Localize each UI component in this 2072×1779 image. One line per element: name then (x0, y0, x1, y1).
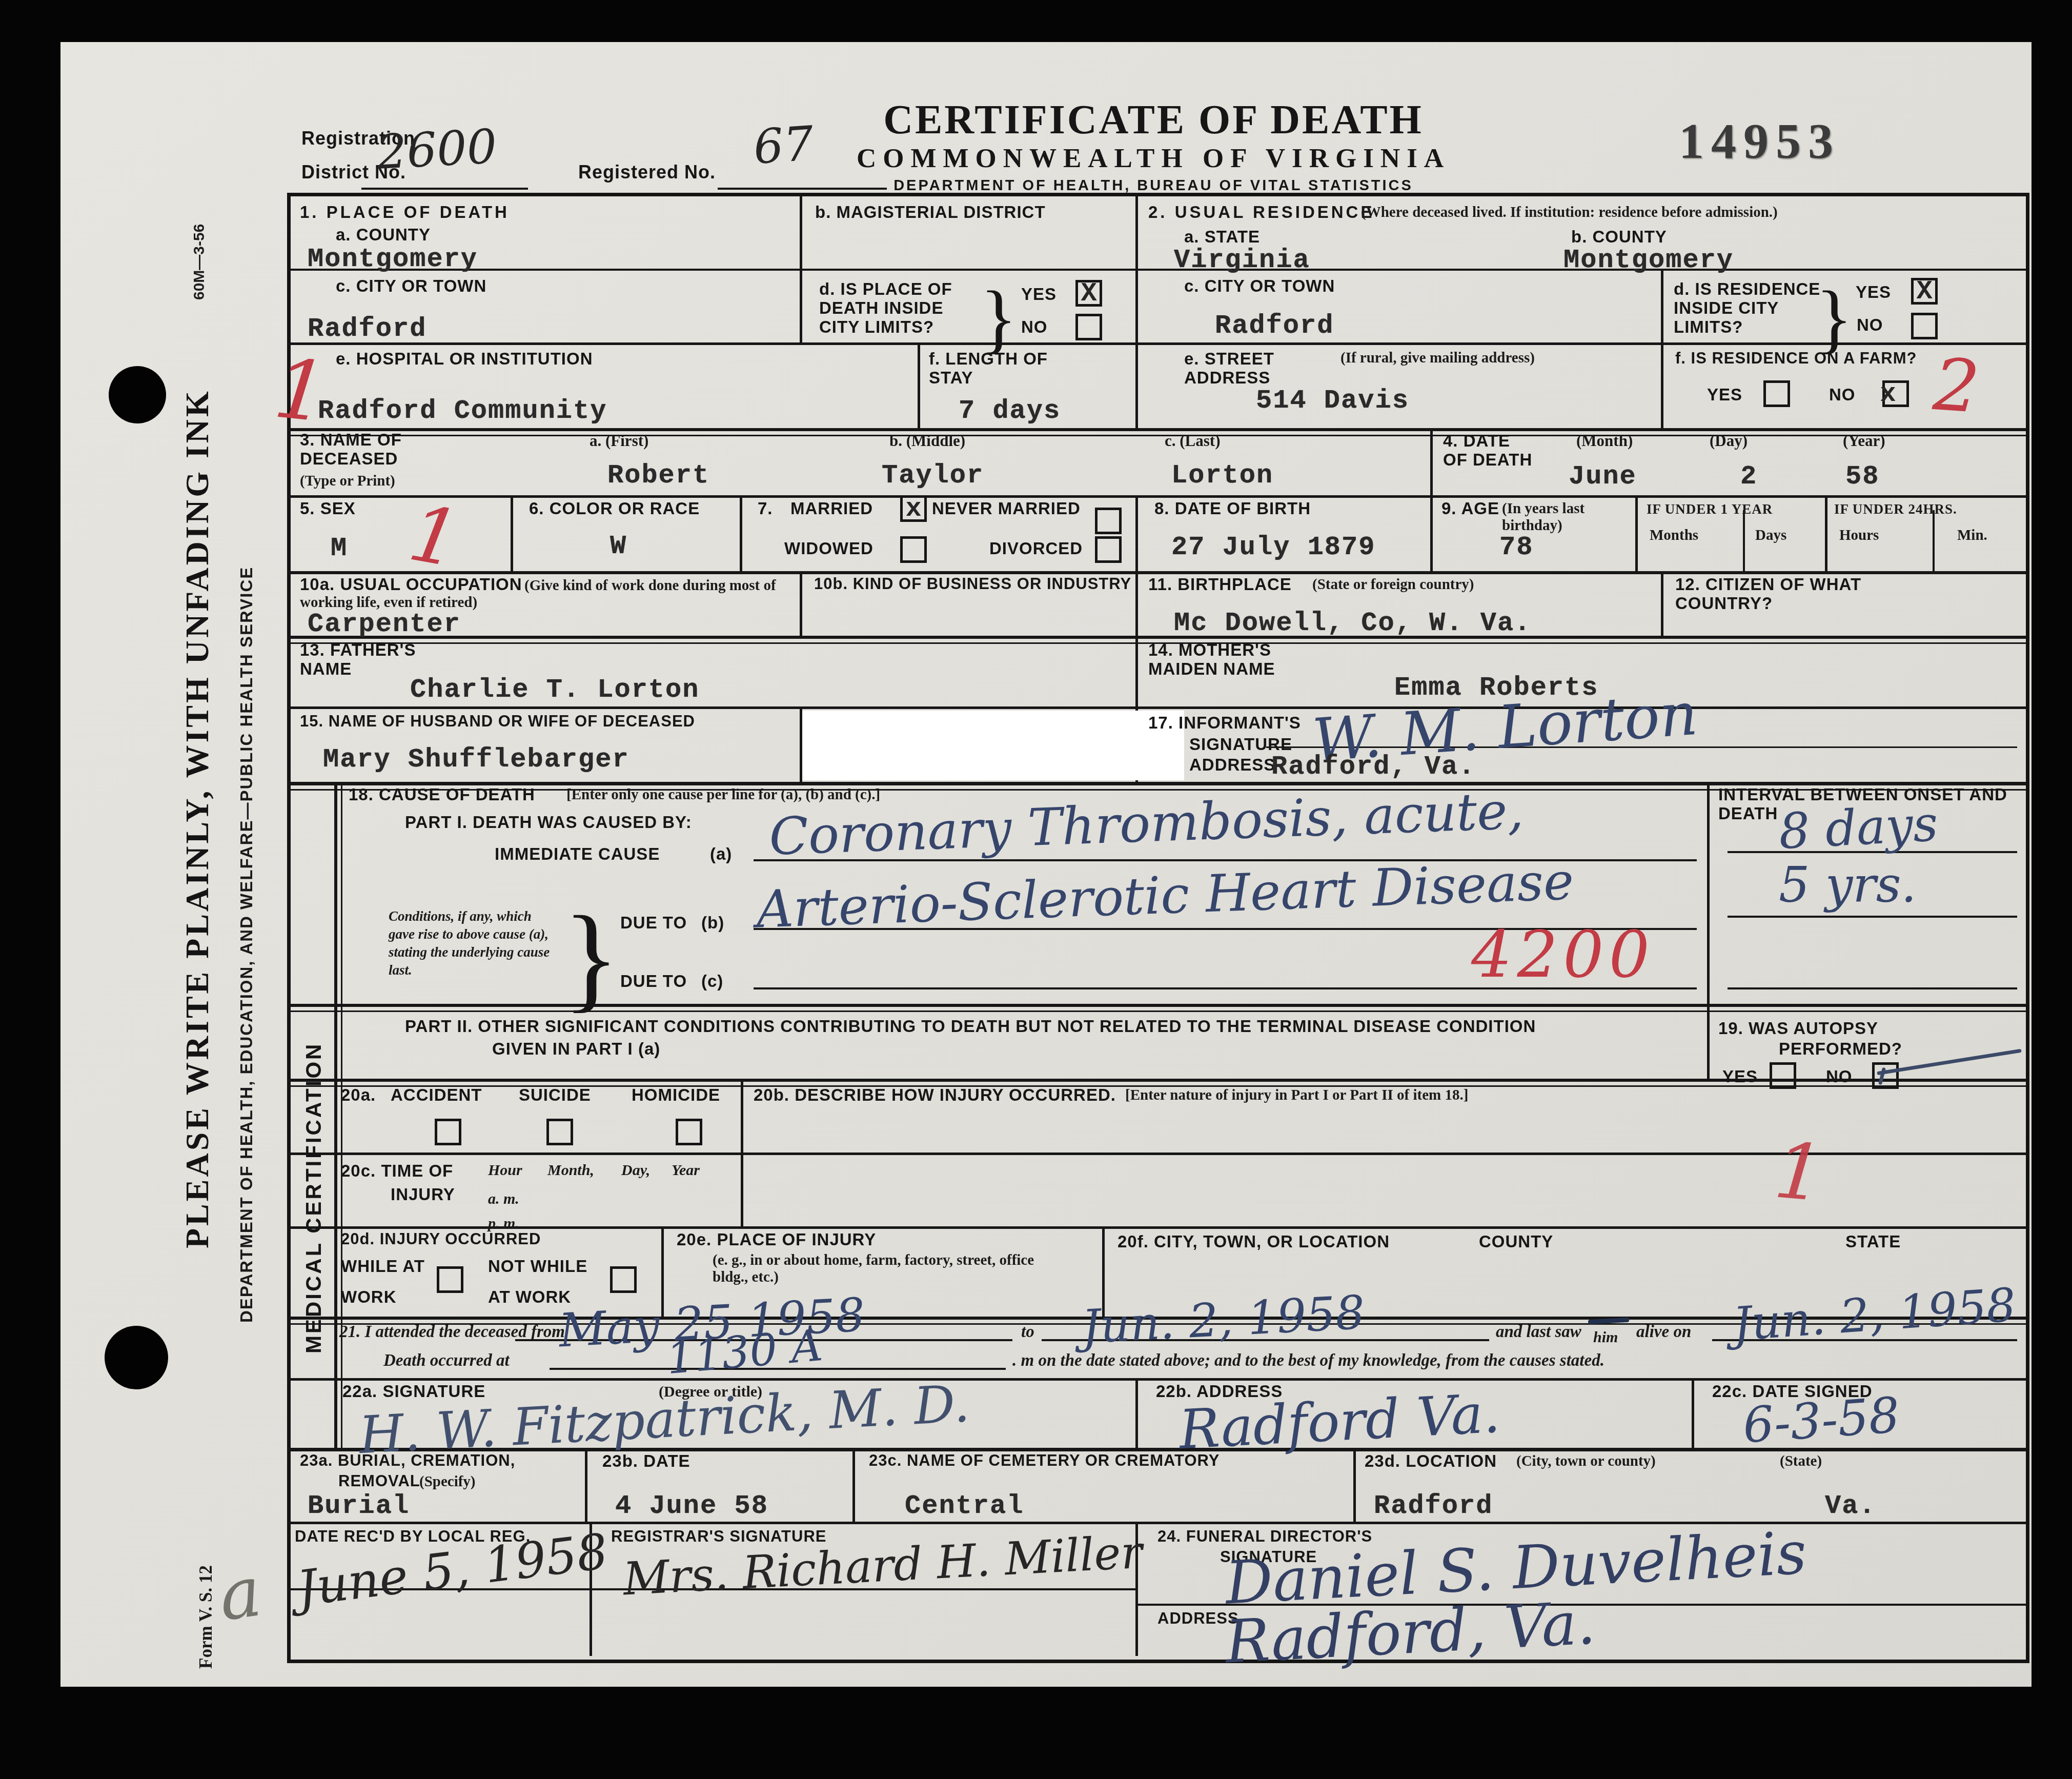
county-value: Montgomery (308, 244, 478, 274)
autopsy-label: 19. WAS AUTOPSY (1718, 1019, 1878, 1038)
rule (918, 342, 920, 428)
year-label: (Year) (1843, 432, 1885, 450)
rule (334, 782, 337, 1448)
disposition-state-value: Va. (1825, 1491, 1876, 1521)
hospital-value: Radford Community (318, 396, 607, 426)
date-of-birth-value: 27 July 1879 (1171, 532, 1375, 562)
father-name-label: 13. FATHER'S NAME (300, 641, 433, 679)
residence-inside-label: d. IS RESIDENCE INSIDE CITY LIMITS? (1674, 280, 1822, 337)
city-value: Radford (308, 314, 426, 344)
rule (287, 495, 2026, 498)
red-code-value: 4200 (1471, 918, 1655, 992)
location-value: Radford (1374, 1491, 1493, 1521)
married-label: MARRIED (790, 499, 873, 518)
rule (287, 1153, 2026, 1155)
day-label: (Day) (1710, 432, 1748, 450)
rule (741, 1079, 743, 1226)
homicide-checkbox (676, 1119, 702, 1145)
not-while-label: NOT WHILE (488, 1257, 587, 1276)
inside-city-label: d. IS PLACE OF DEATH INSIDE CITY LIMITS? (819, 280, 983, 337)
autopsy-label-line2: PERFORMED? (1779, 1040, 1902, 1059)
informant-address-value: Radford, Va. (1271, 752, 1475, 782)
location-note: (City, town or county) (1516, 1453, 1656, 1470)
state-note: (State) (1780, 1453, 1822, 1470)
rule (1635, 495, 1638, 571)
interval-a-value: 8 days (1777, 796, 1939, 860)
type-or-print-note: (Type or Print) (300, 473, 395, 490)
rule (287, 269, 2026, 271)
middle-name-value: Taylor (882, 460, 984, 491)
injury-occurred-label: 20d. INJURY OCCURRED (341, 1230, 541, 1248)
burial-value: Burial (308, 1491, 410, 1521)
while-at-work-checkbox (437, 1266, 463, 1293)
autopsy-no-checkbox (1872, 1062, 1899, 1089)
interval-b-line (1728, 916, 2017, 918)
birthplace-note: (State or foreign country) (1312, 576, 1474, 593)
immediate-cause-a: (a) (710, 845, 732, 864)
age-label: 9. AGE (1441, 499, 1499, 518)
cemetery-value: Central (905, 1491, 1024, 1521)
farm-no-label: NO (1829, 386, 1856, 405)
death-occurred-label: Death occurred at (383, 1351, 510, 1370)
death-suffix: . m on the date stated above; and to the… (1012, 1351, 1604, 1370)
autopsy-yes-checkbox (1770, 1062, 1796, 1089)
residence-county-label: b. COUNTY (1571, 228, 1667, 247)
time-of-injury-label: 20c. TIME OF (341, 1162, 453, 1181)
inside-city-yes-label: YES (1021, 285, 1057, 304)
while-at-work-label: WHILE AT (341, 1257, 425, 1276)
rule (1933, 510, 1935, 571)
due-to-b: (b) (701, 914, 724, 933)
birthplace-label: 11. BIRTHPLACE (1148, 575, 1292, 594)
min-label: Min. (1957, 527, 1987, 544)
death-month-value: June (1569, 461, 1637, 492)
print-code-vertical: 60M—3-56 (191, 151, 208, 300)
farm-no-mark: x (1880, 379, 1896, 409)
red-mark-farm: 2 (1931, 343, 1982, 430)
county-label: a. COUNTY (336, 226, 431, 245)
never-married-checkbox (1095, 508, 1122, 534)
if-under-1-year-label: IF UNDER 1 YEAR (1647, 501, 1773, 517)
if-under-24hrs-label: IF UNDER 24HRS. (1834, 501, 1957, 517)
residence-yes-checkbox: X (1911, 278, 1938, 305)
age-note: (In years last birthday) (1502, 500, 1630, 534)
hour-label: Hour (488, 1162, 522, 1179)
months-label: Months (1650, 527, 1698, 544)
street-address-value: 514 Davis (1256, 386, 1409, 416)
married-checkbox: x (900, 495, 927, 522)
rule (287, 1010, 2026, 1012)
occupation-value: Carpenter (308, 609, 461, 639)
marital-item-number: 7. (758, 499, 773, 518)
brace-glyph: } (563, 889, 619, 1025)
rule (1430, 428, 1433, 495)
am-label: a. m. (488, 1190, 519, 1208)
street-address-label: e. STREET ADDRESS (1184, 350, 1317, 388)
rule (287, 1004, 2026, 1007)
write-plainly-vertical: PLEASE WRITE PLAINLY, WITH UNFADING INK (178, 500, 216, 1248)
father-name-value: Charlie T. Lorton (410, 675, 700, 705)
married-mark: x (905, 494, 921, 524)
rule (287, 571, 2026, 574)
divorced-label: DIVORCED (989, 539, 1083, 558)
while-at-work-label2: WORK (341, 1288, 396, 1307)
cause-of-death-note: [Enter only one cause per line for (a), … (566, 786, 880, 803)
informant-label: 17. INFORMANT'S (1148, 714, 1301, 733)
mother-name-label: 14. MOTHER'S MAIDEN NAME (1148, 641, 1302, 679)
informant-address-label: ADDRESS (1189, 756, 1275, 775)
form-number-vertical: Form V. S. 12 (196, 1507, 216, 1669)
usual-residence-label: 2. USUAL RESIDENCE (1148, 203, 1374, 222)
rule (287, 1079, 2026, 1082)
rule (1825, 495, 1827, 571)
race-label: 6. COLOR OR RACE (529, 499, 700, 518)
last-name-label: c. (Last) (1165, 432, 1220, 450)
injury-item-number: 20a. (341, 1086, 376, 1105)
burial-date-label: 23b. DATE (602, 1452, 690, 1471)
punch-hole-bottom (105, 1326, 168, 1389)
never-married-label: NEVER MARRIED (932, 499, 1081, 518)
farm-no-checkbox: x (1882, 380, 1909, 407)
inside-city-yes-checkbox: X (1075, 280, 1102, 307)
certificate-title: CERTIFICATE OF DEATH (810, 97, 1497, 144)
death-year-value: 58 (1845, 461, 1879, 492)
due-to-c: (c) (701, 972, 723, 991)
physician-signature-label: 22a. SIGNATURE (342, 1382, 485, 1401)
rule (287, 1226, 2026, 1229)
residence-county-value: Montgomery (1563, 245, 1734, 275)
redaction-box (802, 711, 1184, 780)
burial-date-value: 4 June 58 (615, 1491, 768, 1521)
residence-yes-label: YES (1856, 283, 1891, 302)
date-signed-value: 6-3-58 (1741, 1387, 1902, 1454)
rule (287, 428, 2026, 431)
sex-value: M (331, 533, 348, 563)
place-of-death-label: 1. PLACE OF DEATH (300, 203, 510, 222)
sex-label: 5. SEX (300, 499, 356, 518)
rule (511, 495, 513, 571)
city-label: c. CITY OR TOWN (336, 277, 486, 296)
rule (1135, 193, 1138, 428)
magisterial-district-label: b. MAGISTERIAL DISTRICT (815, 203, 1046, 222)
registrar-signature-label: REGISTRAR'S SIGNATURE (611, 1528, 827, 1546)
suicide-checkbox (546, 1119, 573, 1145)
residence-no-checkbox (1911, 313, 1938, 339)
accident-checkbox (435, 1119, 461, 1145)
place-of-injury-label: 20e. PLACE OF INJURY (677, 1230, 876, 1249)
rule (287, 1378, 2026, 1381)
last-name-value: Lorton (1171, 460, 1273, 491)
bureau-line: Department of Health, Bureau of Vital St… (810, 177, 1497, 194)
occupation-label: 10a. USUAL OCCUPATION (300, 575, 522, 594)
date-of-birth-label: 8. DATE OF BIRTH (1154, 499, 1311, 518)
interval-b-value: 5 yrs. (1779, 857, 1917, 914)
registered-no-label: Registered No. (578, 162, 716, 183)
scanned-death-certificate: 60M—3-56 PLEASE WRITE PLAINLY, WITH UNFA… (0, 0, 2072, 1779)
widowed-checkbox (900, 536, 927, 563)
spouse-value: Mary Shufflebarger (323, 744, 629, 775)
district-underline (361, 188, 528, 190)
burial-label2: REMOVAL (338, 1472, 420, 1490)
to-label: to (1021, 1323, 1034, 1342)
rule (1692, 1378, 1694, 1448)
burial-note: (Specify) (419, 1473, 476, 1490)
rule (1743, 510, 1745, 571)
residence-state-label: a. STATE (1184, 228, 1260, 247)
registered-no-value: 67 (751, 116, 815, 175)
divorced-checkbox (1095, 536, 1122, 563)
name-of-deceased-label: 3. NAME OF DECEASED (300, 431, 443, 469)
injury-day-label: Day, (621, 1162, 650, 1179)
certificate-stamp-number: 14953 (1679, 114, 1840, 170)
describe-injury-note: [Enter nature of injury in Part I or Par… (1125, 1087, 1468, 1104)
rule (1707, 782, 1710, 1079)
farm-yes-label: YES (1707, 386, 1742, 405)
street-address-note: (If rural, give mailing address) (1340, 350, 1535, 367)
death-day-value: 2 (1740, 461, 1757, 492)
cemetery-label: 23c. NAME OF CEMETERY OR CREMATORY (869, 1452, 1220, 1470)
birthplace-value: Mc Dowell, Co, W. Va. (1174, 608, 1531, 638)
location-label: 23d. LOCATION (1365, 1452, 1497, 1471)
length-of-stay-value: 7 days (959, 396, 1061, 426)
cause-of-death-label: 18. CAUSE OF DEATH (349, 785, 535, 804)
rule (287, 435, 2026, 436)
interval-c-line (1728, 987, 2017, 989)
rule (852, 1448, 855, 1522)
residence-city-label: c. CITY OR TOWN (1184, 277, 1335, 296)
due-to-c-label: DUE TO (620, 972, 687, 991)
first-name-value: Robert (607, 460, 709, 491)
accident-label: ACCIDENT (391, 1086, 482, 1105)
time-of-injury-label2: INJURY (391, 1185, 455, 1204)
rule (341, 782, 342, 1448)
rule (1135, 1378, 1138, 1448)
conditions-note: Conditions, if any, which gave rise to a… (389, 907, 558, 979)
department-vertical: DEPARTMENT OF HEALTH, EDUCATION, AND WEL… (237, 556, 256, 1323)
injury-year-label: Year (672, 1162, 700, 1179)
length-of-stay-label: f. LENGTH OF STAY (929, 350, 1083, 388)
part2-label-line2: GIVEN IN PART I (a) (492, 1040, 660, 1059)
autopsy-no-label: NO (1826, 1067, 1853, 1086)
rule (287, 636, 2026, 639)
part2-label: PART II. OTHER SIGNIFICANT CONDITIONS CO… (405, 1017, 1697, 1036)
residence-state-value: Virginia (1174, 245, 1310, 275)
injury-county-label: COUNTY (1479, 1232, 1553, 1251)
rule (287, 706, 2026, 709)
rule (800, 571, 802, 636)
due-to-b-label: DUE TO (620, 914, 687, 933)
burial-label: 23a. BURIAL, CREMATION, (300, 1452, 515, 1470)
inside-city-no-label: NO (1021, 318, 1048, 337)
red-mark-location: 1 (1771, 1126, 1827, 1219)
immediate-cause-label: IMMEDIATE CAUSE (495, 845, 660, 864)
inside-city-yes-mark: X (1081, 278, 1096, 309)
rule (1661, 571, 1663, 636)
occupation-label-block: 10a. USUAL OCCUPATION (Give kind of work… (300, 575, 792, 611)
punch-hole-top (109, 366, 166, 423)
first-name-label: a. (First) (590, 432, 648, 450)
residence-city-value: Radford (1215, 311, 1334, 341)
place-of-injury-note: (e. g., in or about home, farm, factory,… (713, 1252, 1071, 1286)
usual-residence-note: (Where deceased lived. If institution: r… (1361, 204, 1778, 221)
suicide-label: SUICIDE (519, 1086, 591, 1105)
farm-label: f. IS RESIDENCE ON A FARM? (1675, 350, 1917, 368)
rule (1661, 269, 1663, 428)
last-saw-label: and last saw (1496, 1323, 1581, 1342)
inside-city-no-checkbox (1075, 314, 1102, 340)
him-label: him (1593, 1329, 1618, 1346)
spouse-label: 15. NAME OF HUSBAND OR WIFE OF DECEASED (300, 713, 695, 731)
injury-state-label: STATE (1845, 1232, 1901, 1251)
district-no-value: 2600 (375, 119, 498, 180)
injury-city-label: 20f. CITY, TOWN, OR LOCATION (1118, 1232, 1390, 1251)
rule (800, 193, 802, 342)
rule (740, 495, 742, 571)
commonwealth-subtitle: COMMONWEALTH OF VIRGINIA (810, 144, 1497, 174)
alive-on-label: alive on (1636, 1323, 1691, 1342)
business-label: 10b. KIND OF BUSINESS OR INDUSTRY (814, 575, 1131, 593)
describe-injury-label: 20b. DESCRIBE HOW INJURY OCCURRED. (754, 1086, 1116, 1105)
days-label: Days (1755, 527, 1786, 544)
middle-name-label: b. (Middle) (889, 432, 965, 450)
date-of-death-label: 4. DATE OF DEATH (1443, 432, 1535, 470)
farm-yes-checkbox (1763, 380, 1790, 407)
homicide-label: HOMICIDE (632, 1086, 720, 1105)
age-value: 78 (1499, 532, 1533, 562)
part1-label: PART I. DEATH WAS CAUSED BY: (405, 813, 692, 832)
not-while-checkbox (610, 1266, 637, 1293)
hospital-label: e. HOSPITAL OR INSTITUTION (336, 350, 593, 369)
rule (1353, 1448, 1356, 1522)
autopsy-yes-label: YES (1722, 1067, 1758, 1086)
citizen-label: 12. CITIZEN OF WHAT COUNTRY? (1675, 575, 1962, 613)
race-value: W (610, 531, 627, 561)
rule (1430, 495, 1433, 571)
widowed-label: WIDOWED (784, 539, 874, 558)
rule (585, 1448, 587, 1522)
rule (287, 342, 2026, 345)
month-label: (Month) (1576, 432, 1633, 450)
residence-no-label: NO (1857, 316, 1883, 335)
residence-yes-mark: X (1916, 276, 1932, 307)
injury-month-label: Month, (547, 1162, 594, 1179)
hours-label: Hours (1839, 527, 1879, 544)
